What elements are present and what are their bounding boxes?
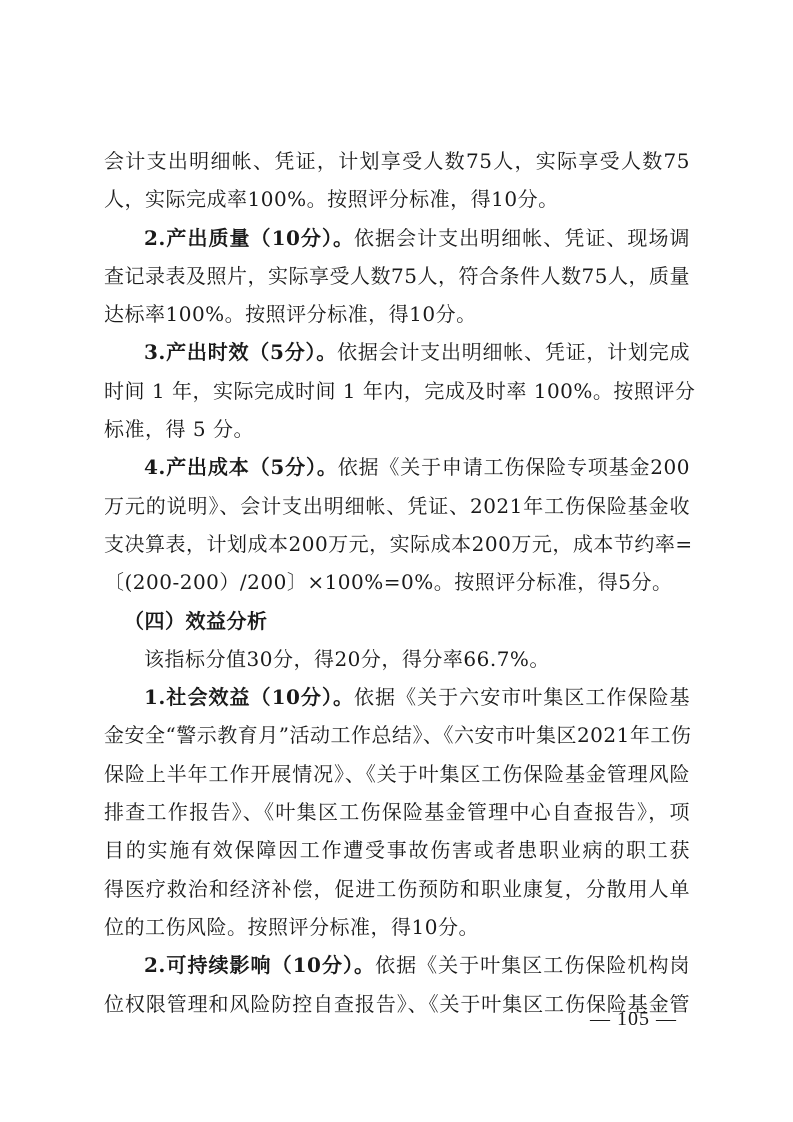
line-text: 查记录表及照片，实际享受人数75人，符合条件人数75人，质量: [104, 264, 690, 288]
text-line: 支决算表，计划成本200万元，实际成本200万元，成本节约率=: [104, 525, 690, 563]
line-text: 达标率100%。按照评分标准，得10分。: [104, 302, 477, 326]
text-line: 位的工伤风险。按照评分标准，得10分。: [104, 908, 690, 946]
item-heading: 1.社会效益（10分）。: [144, 685, 354, 709]
line-text: 位的工伤风险。按照评分标准，得10分。: [104, 915, 479, 939]
text-line: 保险上半年工作开展情况》、《关于叶集区工伤保险基金管理风险: [104, 755, 690, 793]
text-line: 人，实际完成率100%。按照评分标准，得10分。: [104, 180, 690, 218]
line-text: 依据《关于六安市叶集区工作保险基: [354, 685, 690, 709]
section-heading-line: 3.产出时效（5分）。依据会计支出明细帐、凭证，计划完成: [104, 333, 690, 371]
line-text: 依据《关于叶集区工伤保险机构岗: [375, 953, 690, 977]
line-text: 保险上半年工作开展情况》、《关于叶集区工伤保险基金管理风险: [104, 762, 690, 786]
item-heading: 2.可持续影响（10分）。: [144, 953, 375, 977]
section-title: （四）效益分析: [124, 609, 268, 633]
line-text: 依据会计支出明细帐、凭证、现场调: [354, 226, 690, 250]
section-heading-line: 2.可持续影响（10分）。依据《关于叶集区工伤保险机构岗: [104, 946, 690, 984]
page-number: — 105 —: [590, 1008, 677, 1031]
document-body: 会计支出明细帐、凭证，计划享受人数75人，实际享受人数75 人，实际完成率100…: [104, 142, 690, 1023]
section-heading-line: 4.产出成本（5分）。依据《关于申请工伤保险专项基金200: [104, 448, 690, 486]
line-text: 依据《关于申请工伤保险专项基金200: [338, 455, 690, 479]
text-line: 排查工作报告》、《叶集区工伤保险基金管理中心自查报告》，项: [104, 793, 690, 831]
section-heading-line: 2.产出质量（10分）。依据会计支出明细帐、凭证、现场调: [104, 219, 690, 257]
text-line: 该指标分值30分，得20分，得分率66.7%。: [104, 640, 690, 678]
line-text: 时间 1 年，实际完成时间 1 年内，完成及时率 100%。按照评分: [104, 379, 695, 403]
item-heading: 2.产出质量（10分）。: [144, 226, 354, 250]
line-text: 得医疗救治和经济补偿，促进工伤预防和职业康复，分散用人单: [104, 877, 690, 901]
text-line: 会计支出明细帐、凭证，计划享受人数75人，实际享受人数75: [104, 142, 690, 180]
text-line: 金安全“警示教育月”活动工作总结》、《六安市叶集区2021年工伤: [104, 716, 690, 754]
item-heading: 4.产出成本（5分）。: [144, 455, 338, 479]
line-text: 会计支出明细帐、凭证，计划享受人数75人，实际享受人数75: [104, 149, 690, 173]
text-line: 得医疗救治和经济补偿，促进工伤预防和职业康复，分散用人单: [104, 870, 690, 908]
section-title-line: （四）效益分析: [104, 602, 690, 640]
line-text: 支决算表，计划成本200万元，实际成本200万元，成本节约率=: [104, 532, 693, 556]
text-line: 目的实施有效保障因工作遭受事故伤害或者患职业病的职工获: [104, 831, 690, 869]
text-line: 万元的说明》、会计支出明细帐、凭证、2021年工伤保险基金收: [104, 487, 690, 525]
line-text: 金安全“警示教育月”活动工作总结》、《六安市叶集区2021年工伤: [104, 723, 691, 747]
item-heading: 3.产出时效（5分）。: [144, 340, 337, 364]
line-text: 标准，得 5 分。: [104, 417, 254, 441]
section-heading-line: 1.社会效益（10分）。依据《关于六安市叶集区工作保险基: [104, 678, 690, 716]
line-text: 依据会计支出明细帐、凭证，计划完成: [337, 340, 690, 364]
line-text: 人，实际完成率100%。按照评分标准，得10分。: [104, 187, 559, 211]
line-text: 该指标分值30分，得20分，得分率66.7%。: [144, 647, 550, 671]
text-line: 时间 1 年，实际完成时间 1 年内，完成及时率 100%。按照评分: [104, 372, 690, 410]
line-text: 目的实施有效保障因工作遭受事故伤害或者患职业病的职工获: [104, 838, 690, 862]
text-line: 标准，得 5 分。: [104, 410, 690, 448]
text-line: 达标率100%。按照评分标准，得10分。: [104, 295, 690, 333]
line-text: 万元的说明》、会计支出明细帐、凭证、2021年工伤保险基金收: [104, 494, 690, 518]
line-text: 〔(200-200）/200〕×100%=0%。按照评分标准，得5分。: [104, 570, 672, 594]
text-line: 〔(200-200）/200〕×100%=0%。按照评分标准，得5分。: [104, 563, 690, 601]
line-text: 排查工作报告》、《叶集区工伤保险基金管理中心自查报告》，项: [104, 800, 690, 824]
text-line: 查记录表及照片，实际享受人数75人，符合条件人数75人，质量: [104, 257, 690, 295]
